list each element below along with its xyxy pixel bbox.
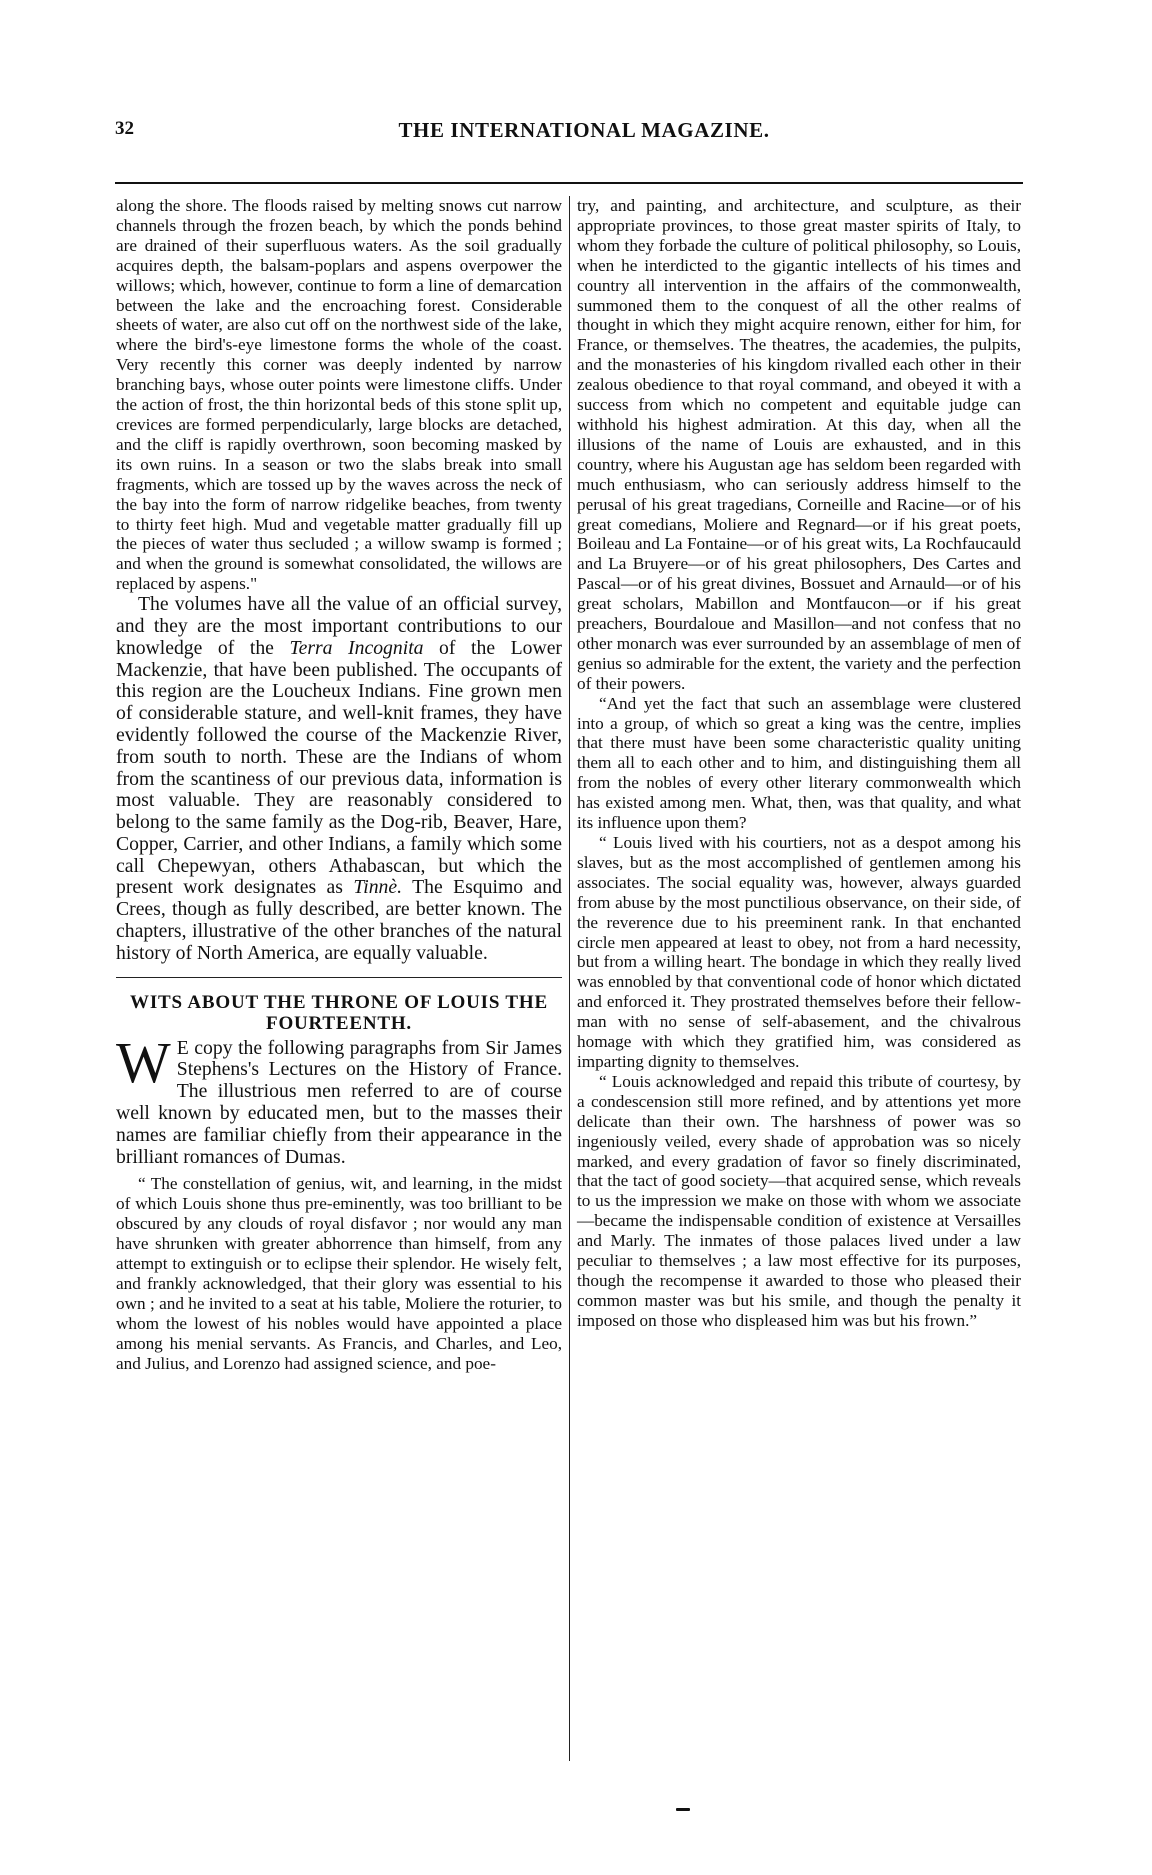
italic-tinne: Tinnè. <box>353 876 402 898</box>
review-paragraph: The volumes have all the value of an off… <box>116 594 562 965</box>
quote-paragraph-courtesy: “ Louis acknowledged and repaid this tri… <box>577 1072 1021 1331</box>
quote-paragraph-assemblage: “And yet the fact that such an assemblag… <box>577 694 1021 833</box>
magazine-title: THE INTERNATIONAL MAGAZINE. <box>113 118 1025 143</box>
printer-mark <box>676 1808 690 1811</box>
article-intro-paragraph: WE copy the following paragraphs from Si… <box>116 1038 562 1169</box>
article-separator-rule <box>116 977 562 978</box>
continued-quote-paragraph: along the shore. The floods raised by me… <box>116 196 562 594</box>
article-title: WITS ABOUT THE THRONE OF LOUIS THE FOURT… <box>116 992 562 1034</box>
right-column: try, and painting, and architecture, and… <box>577 196 1021 1331</box>
intro-lead-caps: E <box>177 1037 189 1059</box>
review-text-part-2: of the Lower Mackenzie, that have been p… <box>116 637 562 899</box>
header-rule <box>115 182 1023 184</box>
running-head: 32 THE INTERNATIONAL MAGAZINE. <box>113 118 1025 148</box>
quote-paragraph-constellation: “ The constellation of genius, wit, and … <box>116 1174 562 1373</box>
column-divider <box>569 196 570 1761</box>
italic-terra-incognita: Terra Incognita <box>289 637 423 659</box>
quote-paragraph-continued: try, and painting, and architecture, and… <box>577 196 1021 694</box>
left-column: along the shore. The floods raised by me… <box>116 196 562 1374</box>
magazine-page: 32 THE INTERNATIONAL MAGAZINE. along the… <box>113 0 1025 1875</box>
drop-cap-letter: W <box>116 1040 171 1086</box>
quote-paragraph-courtiers: “ Louis lived with his courtiers, not as… <box>577 833 1021 1072</box>
